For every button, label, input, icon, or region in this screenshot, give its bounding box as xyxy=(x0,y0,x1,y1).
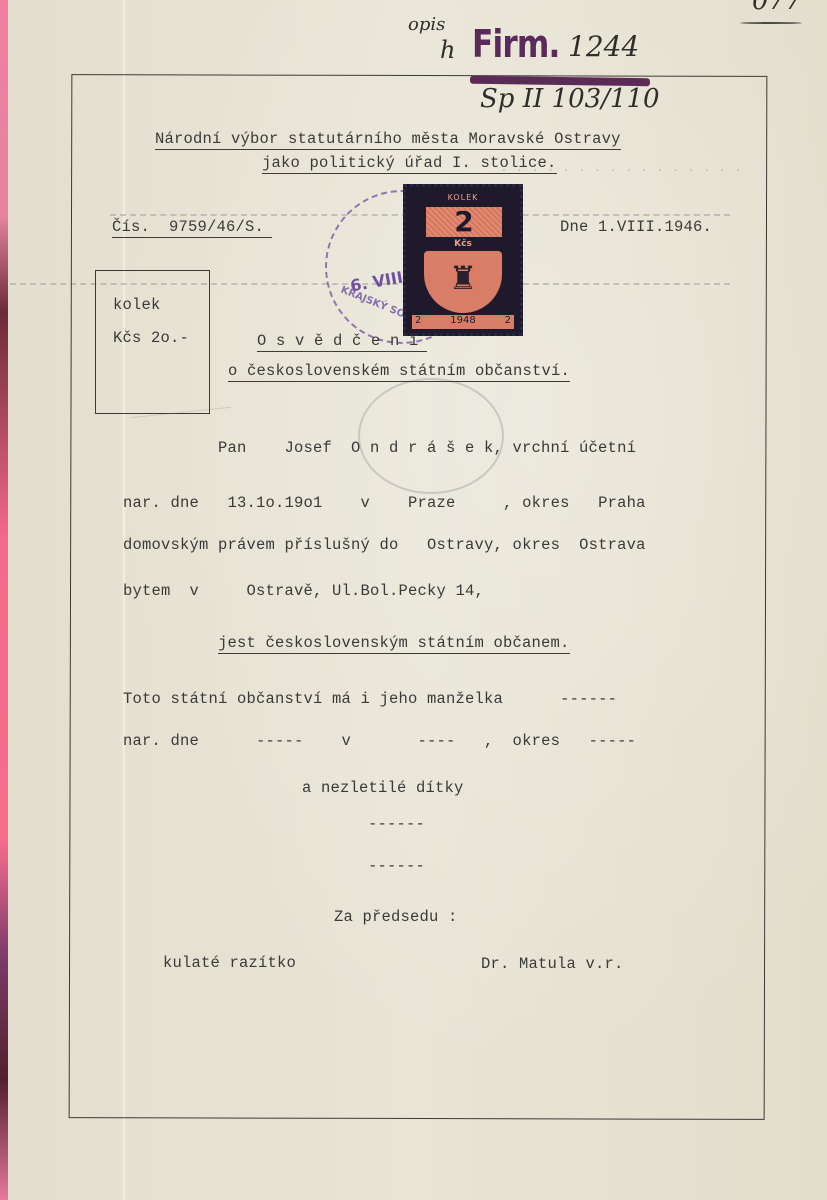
stamp-year: 1948 xyxy=(450,315,475,329)
handwritten-initials: h xyxy=(440,36,455,64)
signatory-name: Dr. Matula v.r. xyxy=(481,955,624,973)
stamp-value: 2 xyxy=(426,205,502,238)
spouse-birth-line: nar. dne ----- v ---- , okres ----- xyxy=(123,732,636,750)
on-behalf-label: Za předsedu : xyxy=(334,908,458,926)
stamp-corner-value: 2 xyxy=(505,315,511,329)
children-dash: ------ xyxy=(368,857,425,875)
children-label: a nezletilé dítky xyxy=(302,779,464,797)
handwritten-note: opis xyxy=(408,14,445,35)
handwritten-underline xyxy=(740,22,802,24)
stamp-bottom-band: 2 1948 2 xyxy=(412,315,514,329)
authority-name: Národní výbor statutárního města Moravsk… xyxy=(155,130,621,150)
stamp-corner-value: 2 xyxy=(415,315,421,329)
firm-stamp: Firm. xyxy=(472,22,560,66)
stamp-value-box: 2 xyxy=(426,207,502,237)
spouse-line: Toto státní občanství má i jeho manželka… xyxy=(123,690,617,708)
scan-edge xyxy=(0,0,8,1200)
stamp-currency: Kčs xyxy=(416,239,510,249)
document-subtitle: o československém státním občanství. xyxy=(228,362,570,382)
domicile-line: domovským právem příslušný do Ostravy, o… xyxy=(123,536,646,554)
residence-line: bytem v Ostravě, Ul.Bol.Pecky 14, xyxy=(123,582,484,600)
holder-name-line: Pan Josef O n d r á š e k, vrchní účetní xyxy=(218,439,636,457)
birth-line: nar. dne 13.1o.19o1 v Praze , okres Prah… xyxy=(123,494,646,512)
lion-icon: ♜ xyxy=(424,259,502,297)
citizenship-statement: jest československým státním občanem. xyxy=(218,634,570,654)
document-date: Dne 1.VIII.1946. xyxy=(560,218,712,236)
seal-note: kulaté razítko xyxy=(163,954,296,972)
stamp-label: KOLEK xyxy=(416,193,510,205)
children-dash: ------ xyxy=(368,815,425,833)
page-number-handwritten: 077 xyxy=(752,0,802,16)
reference-handwritten: Sp II 103/110 xyxy=(480,84,660,114)
authority-role: jako politický úřad I. stolice. xyxy=(262,154,557,174)
fee-amount: Kčs 2o.- xyxy=(113,329,189,347)
gray-round-stamp xyxy=(358,378,504,494)
reference-number: Čís. 9759/46/S. xyxy=(112,218,272,238)
shield-icon: ♜ xyxy=(424,251,502,313)
revenue-stamp: KOLEK 2 Kčs ♜ 2 1948 2 xyxy=(403,184,523,336)
fee-label: kolek xyxy=(113,296,161,314)
firm-number: 1244 xyxy=(568,30,639,63)
document-title: O s v ě d č e n í xyxy=(257,332,427,352)
